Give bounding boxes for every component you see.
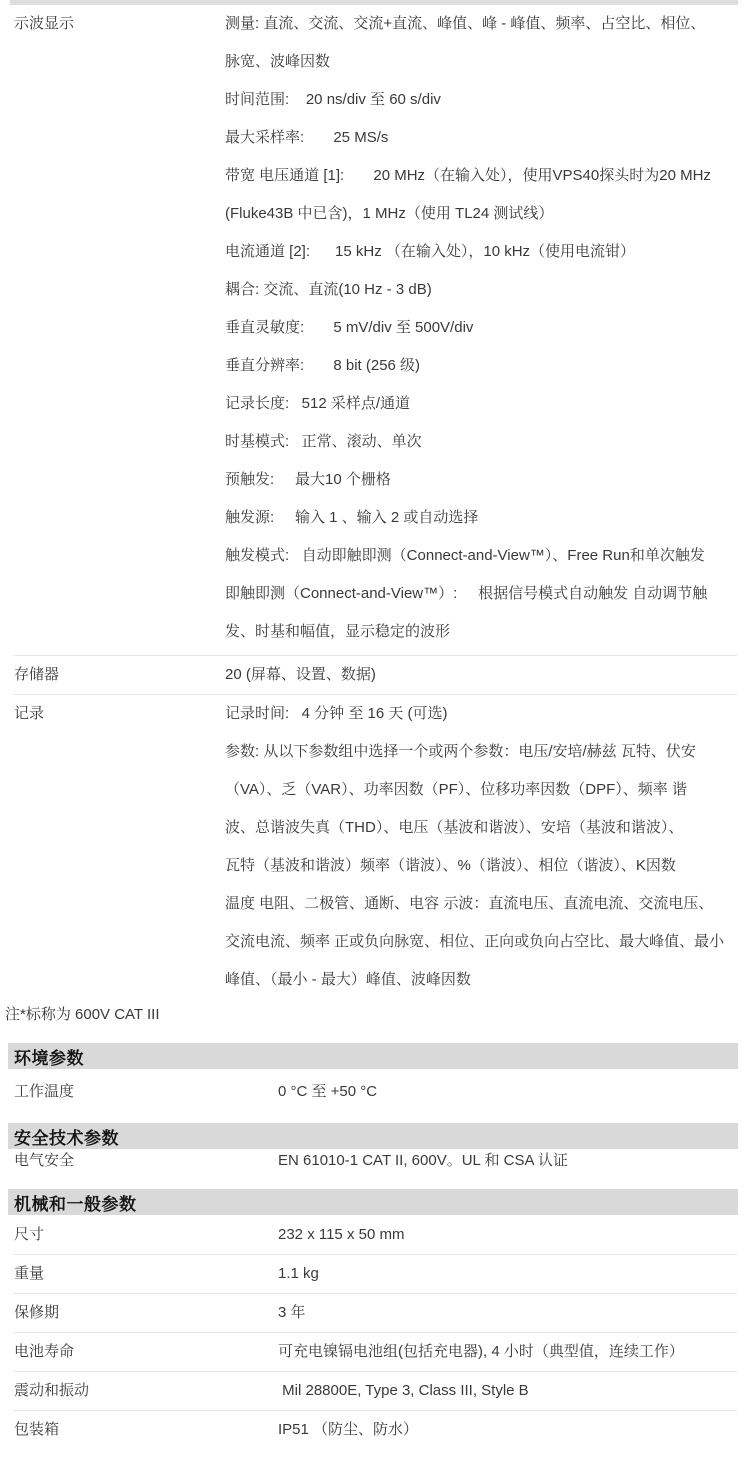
section-title: 环境参数: [8, 1044, 84, 1069]
spec-value-line: 电流通道 [2]: 15 kHz （在输入处），10 kHz（使用电流钳）: [225, 233, 737, 271]
spec-value-line: 预触发: 最大10 个栅格: [225, 461, 737, 499]
param-label: 尺寸: [13, 1225, 278, 1245]
spec-label: 存储器: [13, 656, 225, 694]
spec-value-line: 时基模式: 正常、滚动、单次: [225, 423, 737, 461]
spec-value: 20 (屏幕、设置、数据): [225, 656, 737, 694]
table-row-recording: 记录 记录时间: 4 分钟 至 16 天 (可选) 参数: 从以下参数组中选择一…: [13, 694, 737, 1003]
section-title: 安全技术参数: [8, 1124, 119, 1149]
section-header-safety: 安全技术参数: [8, 1123, 738, 1149]
param-value: Mil 28800E, Type 3, Class III, Style B: [278, 1381, 737, 1401]
section-header-environment: 环境参数: [8, 1043, 738, 1069]
param-label: 保修期: [13, 1303, 278, 1323]
spec-value-line: 带宽 电压通道 [1]: 20 MHz（在输入处），使用VPS40探头时为20 …: [225, 157, 737, 195]
spec-value-line: 记录长度: 512 采样点/通道: [225, 385, 737, 423]
param-label: 包装箱: [13, 1420, 278, 1440]
spec-value-line: 温度 电阻、二极管、通断、电容 示波：直流电压、直流电流、交流电压、: [225, 885, 737, 923]
param-label: 工作温度: [13, 1082, 278, 1102]
safety-param-table: 电气安全 EN 61010-1 CAT II, 600V。UL 和 CSA 认证: [13, 1149, 737, 1189]
spec-label: 记录: [13, 695, 225, 733]
param-value: 232 x 115 x 50 mm: [278, 1225, 737, 1245]
param-label: 电池寿命: [13, 1342, 278, 1362]
table-row-electrical-safety: 电气安全 EN 61010-1 CAT II, 600V。UL 和 CSA 认证: [13, 1149, 737, 1189]
spec-value-line: 触发模式: 自动即触即测（Connect-and-View™）、Free Run…: [225, 537, 737, 575]
table-row-shock-vibration: 震动和振动 Mil 28800E, Type 3, Class III, Sty…: [13, 1371, 737, 1410]
spec-value-line: (Fluke43B 中已含)，1 MHz（使用 TL24 测试线）: [225, 195, 737, 233]
param-label: 电气安全: [13, 1151, 278, 1171]
spec-value-line: 触发源: 输入 1 、输入 2 或自动选择: [225, 499, 737, 537]
param-label: 重量: [13, 1264, 278, 1284]
spec-value-line: 即触即测（Connect-and-View™）: 根据信号模式自动触发 自动调节…: [225, 575, 737, 613]
table-row-dimensions: 尺寸 232 x 115 x 50 mm: [13, 1215, 737, 1254]
spec-value: 记录时间: 4 分钟 至 16 天 (可选) 参数: 从以下参数组中选择一个或两…: [225, 695, 737, 1003]
spec-value-line: 脉宽、波峰因数: [225, 43, 737, 81]
table-row-oscilloscope-display: 示波显示 测量: 直流、交流、交流+直流、峰值、峰 - 峰值、频率、占空比、相位…: [13, 5, 737, 655]
spec-value-line: 垂直分辨率: 8 bit (256 级): [225, 347, 737, 385]
param-value: 可充电镍镉电池组(包括充电器), 4 小时（典型值，连续工作）: [278, 1342, 737, 1362]
param-value: IP51 （防尘、防水）: [278, 1420, 737, 1440]
mechanical-param-table: 尺寸 232 x 115 x 50 mm 重量 1.1 kg 保修期 3 年 电…: [13, 1215, 737, 1449]
param-value: EN 61010-1 CAT II, 600V。UL 和 CSA 认证: [278, 1151, 737, 1171]
section-title: 机械和一般参数: [8, 1190, 137, 1215]
spec-value-line: 测量: 直流、交流、交流+直流、峰值、峰 - 峰值、频率、占空比、相位、: [225, 5, 737, 43]
spec-value-line: 垂直灵敏度: 5 mV/div 至 500V/div: [225, 309, 737, 347]
table-row-memory: 存储器 20 (屏幕、设置、数据): [13, 655, 737, 694]
spec-value-line: 瓦特（基波和谐波）频率（谐波）、%（谐波）、相位（谐波）、K因数: [225, 847, 737, 885]
main-spec-table: 示波显示 测量: 直流、交流、交流+直流、峰值、峰 - 峰值、频率、占空比、相位…: [13, 5, 737, 1003]
spec-value-line: 20 (屏幕、设置、数据): [225, 656, 737, 694]
footnote: 注*标称为 600V CAT III: [5, 1005, 750, 1025]
spec-value-line: 发、时基和幅值，显示稳定的波形: [225, 613, 737, 651]
spec-value-line: （VA）、乏（VAR）、功率因数（PF）、位移功率因数（DPF）、频率 谐: [225, 771, 737, 809]
spec-label: 示波显示: [13, 5, 225, 43]
spec-value-line: 波、总谐波失真（THD）、电压（基波和谐波）、安培（基波和谐波）、: [225, 809, 737, 847]
spec-value: 测量: 直流、交流、交流+直流、峰值、峰 - 峰值、频率、占空比、相位、 脉宽、…: [225, 5, 737, 655]
table-row-case-rating: 包装箱 IP51 （防尘、防水）: [13, 1410, 737, 1449]
spec-value-line: 参数: 从以下参数组中选择一个或两个参数：电压/安培/赫兹 瓦特、伏安: [225, 733, 737, 771]
spec-value-line: 时间范围: 20 ns/div 至 60 s/div: [225, 81, 737, 119]
table-row-warranty: 保修期 3 年: [13, 1293, 737, 1332]
param-label: 震动和振动: [13, 1381, 278, 1401]
spec-value-line: 交流电流、频率 正或负向脉宽、相位、正向或负向占空比、最大峰值、最小: [225, 923, 737, 961]
spec-value-line: 耦合: 交流、直流(10 Hz - 3 dB): [225, 271, 737, 309]
spec-sheet-page: 示波显示 测量: 直流、交流、交流+直流、峰值、峰 - 峰值、频率、占空比、相位…: [0, 0, 750, 1468]
table-row-weight: 重量 1.1 kg: [13, 1254, 737, 1293]
spec-value-line: 峰值、（最小 - 最大）峰值、波峰因数: [225, 961, 737, 999]
table-row-battery-life: 电池寿命 可充电镍镉电池组(包括充电器), 4 小时（典型值，连续工作）: [13, 1332, 737, 1371]
param-value: 3 年: [278, 1303, 737, 1323]
param-value: 1.1 kg: [278, 1264, 737, 1284]
table-row-operating-temperature: 工作温度 0 °C 至 +50 °C: [13, 1069, 737, 1123]
environment-param-table: 工作温度 0 °C 至 +50 °C: [13, 1069, 737, 1123]
spec-value-line: 记录时间: 4 分钟 至 16 天 (可选): [225, 695, 737, 733]
param-value: 0 °C 至 +50 °C: [278, 1082, 737, 1102]
spec-value-line: 最大采样率: 25 MS/s: [225, 119, 737, 157]
section-header-mechanical: 机械和一般参数: [8, 1189, 738, 1215]
